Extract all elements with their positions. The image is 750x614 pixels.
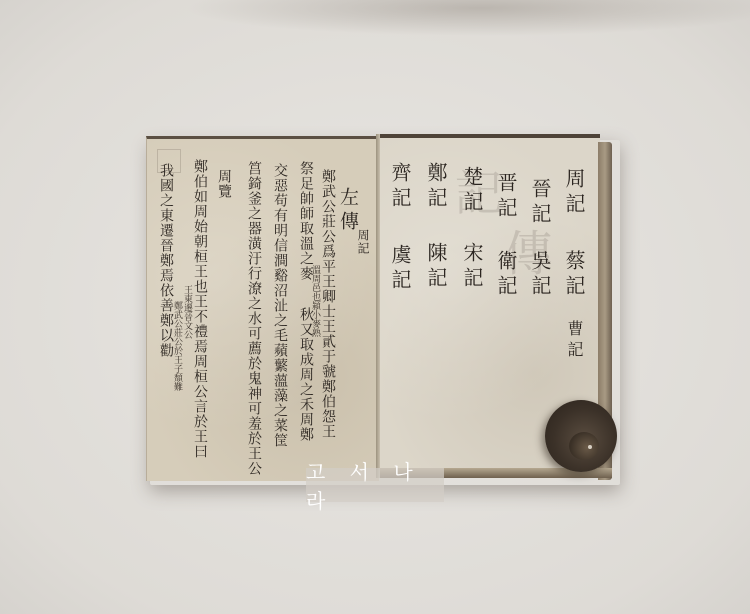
chapter-title: 宋記 [462, 242, 482, 292]
weight-highlight [588, 445, 592, 449]
text-column: 周覽 [217, 169, 231, 199]
chapter-title: 衛記 [496, 250, 516, 300]
annotation-column: 王東遷晉文公 [182, 285, 191, 339]
text-column: 筥錡釜之器潢汙行潦之水可薦於鬼神可羞於王公 [247, 161, 261, 476]
chapter-title: 吳記 [530, 250, 550, 300]
chapter-title: 晋記 [496, 172, 516, 222]
chapter-title: 周記 [564, 168, 584, 218]
text-column: 秋又取成周之禾周鄭 [299, 307, 313, 442]
left-page-header: 左傳 [338, 187, 357, 235]
chapter-title: 陳記 [426, 242, 446, 292]
text-column: 我國之東遷晉鄭焉依善鄭以勸 [159, 163, 173, 358]
text-column: 祭足帥師取溫之麥 [299, 161, 313, 281]
chapter-title: 蔡記 [564, 250, 584, 300]
chapter-title: 齊記 [390, 162, 410, 212]
chapter-title: 虞記 [390, 244, 410, 294]
bronze-paperweight [545, 400, 617, 472]
left-page: 左傳 周記 鄭武公莊公爲平王卿士王貳于虢鄭伯怨王 祭足帥師取溫之麥 溫周邑也潁小… [146, 136, 379, 481]
text-column: 交惡苟有明信澗谿沼沚之毛蘋蘩薀藻之菜筐 [273, 163, 287, 448]
chapter-title: 晉記 [530, 178, 550, 228]
chapter-title: 鄭記 [426, 162, 446, 212]
text-column: 鄭武公莊公爲平王卿士王貳于虢鄭伯怨王 [321, 169, 335, 439]
open-manuscript-book: 左傳 周記 鄭武公莊公爲平王卿士王貳于虢鄭伯怨王 祭足帥師取溫之麥 溫周邑也潁小… [146, 128, 612, 478]
chapter-title: 楚記 [462, 166, 482, 216]
watermark-label: 고 서 나 라 [306, 468, 444, 502]
chapter-title: 曹記 [566, 320, 582, 362]
weight-knob [569, 432, 599, 460]
text-column: 鄭伯如周始朝桓王也王不禮焉周桓公言於王曰 [193, 159, 207, 459]
left-page-subheader: 周記 [357, 229, 369, 255]
